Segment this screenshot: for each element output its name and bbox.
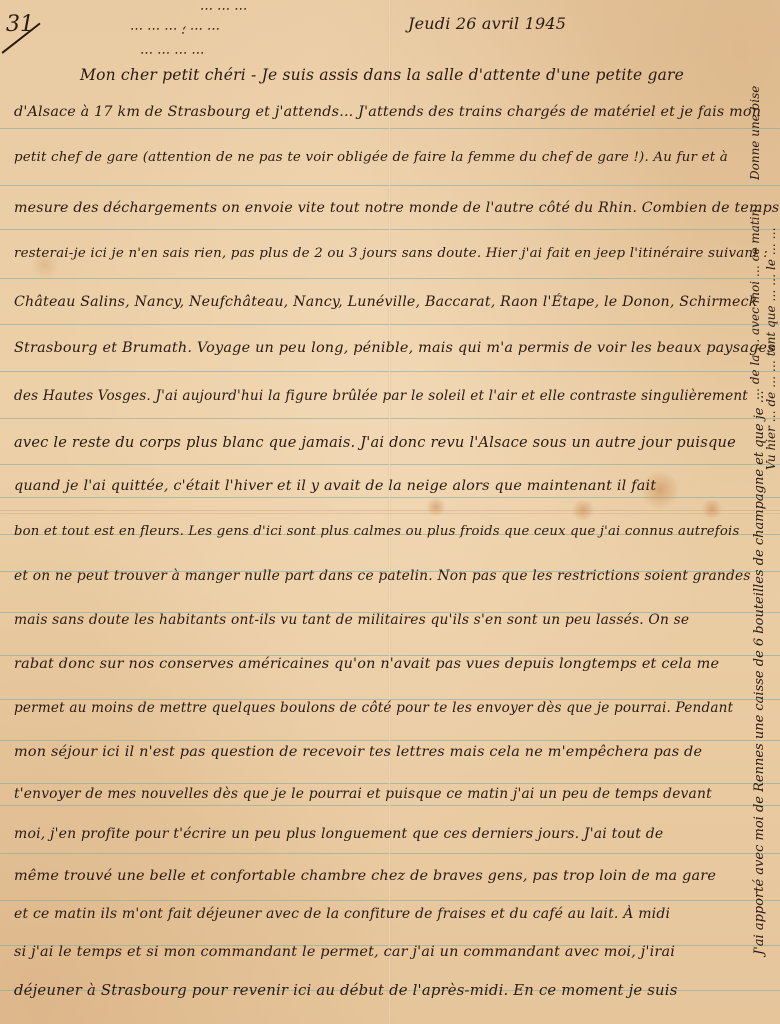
letter-line: d'Alsace à 17 km de Strasbourg et j'atte… — [14, 104, 761, 120]
letter-line: bon et tout est en fleurs. Les gens d'ic… — [14, 524, 739, 539]
letter-line: t'envoyer de mes nouvelles dès que je le… — [14, 786, 712, 802]
page-number: 31 — [6, 12, 34, 37]
letter-line: même trouvé une belle et confortable cha… — [14, 868, 716, 884]
stain — [570, 500, 596, 520]
letter-line: permet au moins de mettre quelques boulo… — [14, 700, 733, 716]
letter-line: Château Salins, Nancy, Neufchâteau, Nanc… — [14, 294, 758, 310]
letter-line: avec le reste du corps plus blanc que ja… — [14, 434, 736, 451]
letter-line: mon séjour ici il n'est pas question de … — [14, 744, 702, 760]
stain — [700, 500, 724, 518]
letter-line: et ce matin ils m'ont fait déjeuner avec… — [14, 906, 670, 922]
letter-line: Strasbourg et Brumath. Voyage un peu lon… — [14, 340, 775, 356]
horizontal-fold — [0, 510, 780, 514]
letter-line: resterai-je ici je n'en sais rien, pas p… — [14, 246, 768, 261]
letter-line: quand je l'ai quittée, c'était l'hiver e… — [14, 478, 656, 494]
letter-line: déjeuner à Strasbourg pour revenir ici a… — [14, 982, 678, 999]
letter-line: petit chef de gare (attention de ne pas … — [14, 150, 728, 165]
margin-note-2: … de la … avec moi … ce matin — [748, 209, 762, 400]
letter-line: et on ne peut trouver à manger nulle par… — [14, 568, 751, 584]
letter-line: moi, j'en profite pour t'écrire un peu p… — [14, 826, 663, 842]
upside-down-note-3: … … … … — [140, 48, 204, 63]
letter-line: rabat donc sur nos conserves américaines… — [14, 656, 719, 672]
letter-line: mais sans doute les habitants ont-ils vu… — [14, 612, 689, 628]
letter-line: si j'ai le temps et si mon commandant le… — [14, 944, 675, 960]
stain — [425, 498, 447, 516]
letter-date: Jeudi 26 avril 1945 — [408, 14, 566, 33]
letter-line: des Hautes Vosges. J'ai aujourd'hui la f… — [14, 388, 748, 404]
letter-line: Mon cher petit chéri - Je suis assis dan… — [80, 66, 684, 84]
letter-page: 31 … … … … … ; … … … … … … … Jeudi 26 av… — [0, 0, 780, 1024]
letter-line: mesure des déchargements on envoie vite … — [14, 200, 779, 216]
margin-note-4: J'ai apporté avec moi de Rennes une cais… — [752, 390, 767, 955]
upside-down-note-2: … … ; … … … — [130, 24, 220, 39]
upside-down-note-1: … … … — [200, 4, 247, 19]
margin-note-1: Donne une bise — [748, 86, 762, 180]
